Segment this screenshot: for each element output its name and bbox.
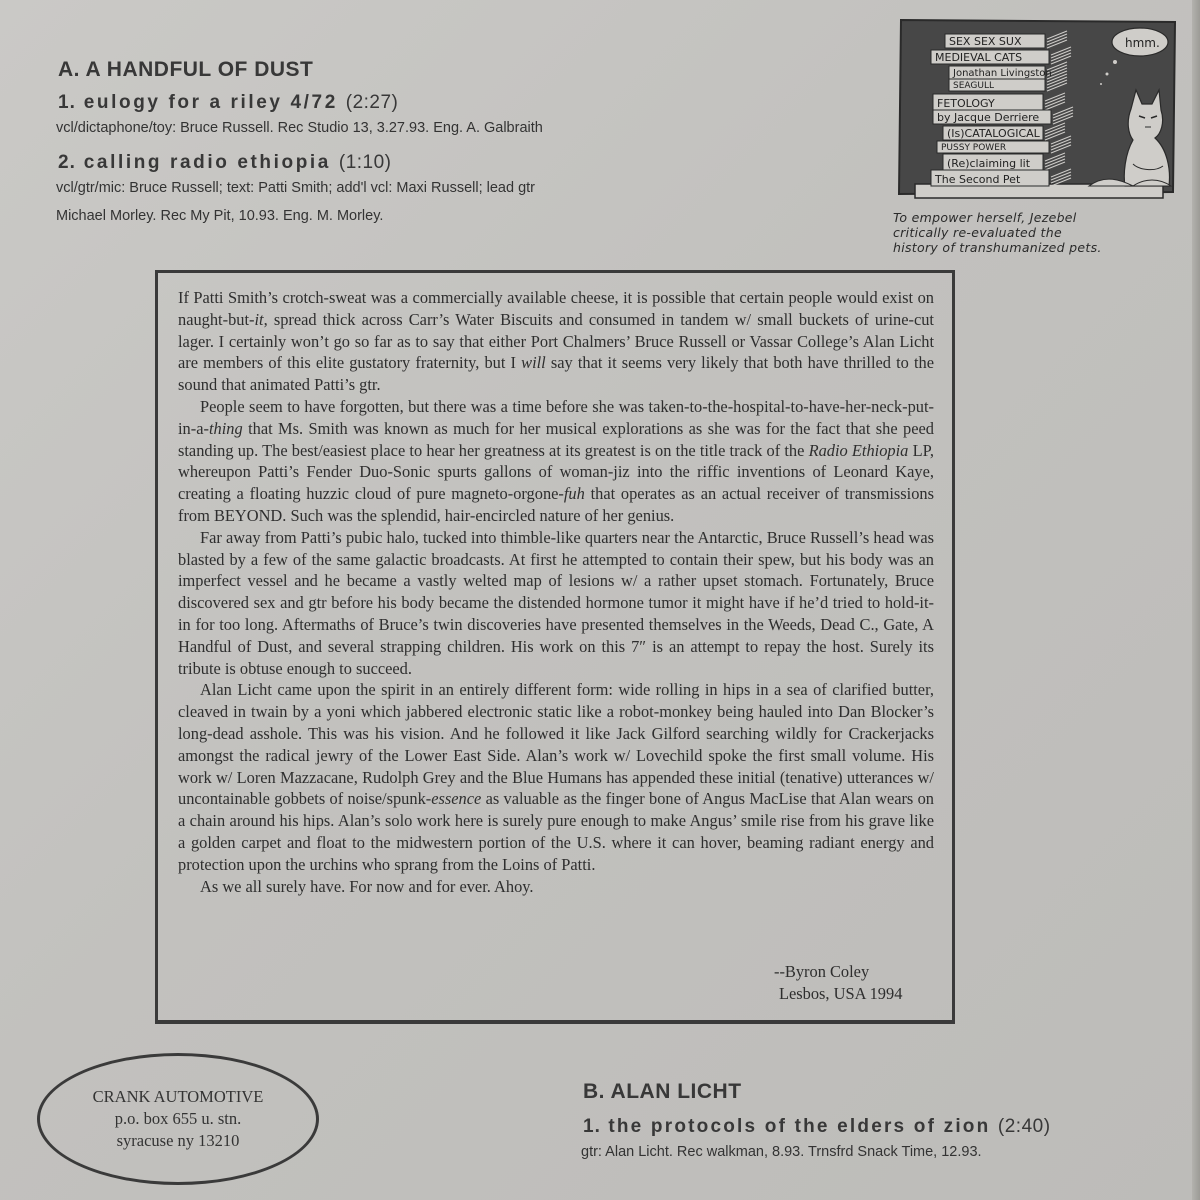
track-name: the protocols of the elders of zion — [608, 1116, 990, 1137]
track-duration: (2:27) — [346, 92, 399, 113]
caption-line: critically re-evaluated the — [893, 225, 1193, 240]
side-a-track-2-title: 2. calling radio ethiopia (1:10) — [58, 152, 778, 174]
label-address-line-2: syracuse ny 13210 — [117, 1130, 240, 1152]
svg-text:SEAGULL: SEAGULL — [953, 81, 994, 91]
caption-line: history of transhumanized pets. — [893, 240, 1193, 255]
svg-text:FETOLOGY: FETOLOGY — [937, 97, 995, 110]
track-number: 2. — [58, 152, 76, 173]
essay-paragraph: As we all surely have. For now and for e… — [178, 876, 934, 898]
record-label-stamp: CRANK AUTOMOTIVE p.o. box 655 u. stn. sy… — [37, 1053, 319, 1185]
essay-paragraph: People seem to have forgotten, but there… — [178, 396, 934, 527]
svg-text:(Re)claiming lit: (Re)claiming lit — [947, 157, 1031, 170]
svg-text:by Jacque Derriere: by Jacque Derriere — [937, 111, 1039, 124]
label-address-line-1: p.o. box 655 u. stn. — [115, 1108, 242, 1130]
label-name: CRANK AUTOMOTIVE — [93, 1086, 264, 1108]
side-a-track-1-credits: vcl/dictaphone/toy: Bruce Russell. Rec S… — [56, 114, 778, 142]
svg-text:The Second Pet: The Second Pet — [934, 173, 1021, 186]
essay-location: Lesbos, USA 1994 — [774, 983, 934, 1005]
side-a-title: A. A HANDFUL OF DUST — [58, 58, 778, 82]
side-b-title: B. ALAN LICHT — [583, 1080, 1183, 1104]
sleeve-edge — [1192, 0, 1200, 1200]
side-b-track-1-credits: gtr: Alan Licht. Rec walkman, 8.93. Trns… — [581, 1138, 1183, 1166]
svg-text:MEDIEVAL CATS: MEDIEVAL CATS — [935, 51, 1022, 64]
caption-line: To empower herself, Jezebel — [893, 210, 1193, 225]
track-number: 1. — [58, 92, 76, 113]
liner-notes-essay: If Patti Smith’s crotch-sweat was a comm… — [178, 287, 934, 897]
side-a-tracklist: A. A HANDFUL OF DUST 1. eulogy for a ril… — [58, 58, 778, 230]
svg-text:hmm.: hmm. — [1125, 36, 1160, 50]
essay-paragraph: Alan Licht came upon the spirit in an en… — [178, 679, 934, 875]
track-number: 1. — [583, 1116, 601, 1137]
track-name: calling radio ethiopia — [84, 152, 331, 173]
liner-notes-box: If Patti Smith’s crotch-sweat was a comm… — [155, 270, 955, 1024]
side-a-track-2-credits-line-2: Michael Morley. Rec My Pit, 10.93. Eng. … — [56, 202, 778, 230]
track-name: eulogy for a riley 4/72 — [84, 92, 338, 113]
side-a-track-2-credits-line-1: vcl/gtr/mic: Bruce Russell; text: Patti … — [56, 174, 778, 202]
cartoon-caption: To empower herself, Jezebel critically r… — [893, 210, 1193, 255]
svg-text:Jonathan Livingston: Jonathan Livingston — [952, 68, 1052, 79]
side-b-track-1-title: 1. the protocols of the elders of zion (… — [583, 1116, 1183, 1138]
track-duration: (2:40) — [998, 1116, 1051, 1137]
essay-author: --Byron Coley — [774, 961, 934, 983]
essay-signoff: --Byron Coley Lesbos, USA 1994 — [774, 961, 934, 1005]
svg-text:(Is)CATALOGICAL: (Is)CATALOGICAL — [947, 127, 1041, 140]
track-duration: (1:10) — [339, 152, 392, 173]
svg-text:PUSSY POWER: PUSSY POWER — [941, 143, 1006, 153]
side-a-track-1-title: 1. eulogy for a riley 4/72 (2:27) — [58, 92, 778, 114]
side-b-tracklist: B. ALAN LICHT 1. the protocols of the el… — [583, 1080, 1183, 1166]
svg-text:SEX SEX SUX: SEX SEX SUX — [949, 35, 1022, 48]
essay-paragraph: Far away from Patti’s pubic halo, tucked… — [178, 527, 934, 680]
essay-paragraph: If Patti Smith’s crotch-sweat was a comm… — [178, 287, 934, 396]
